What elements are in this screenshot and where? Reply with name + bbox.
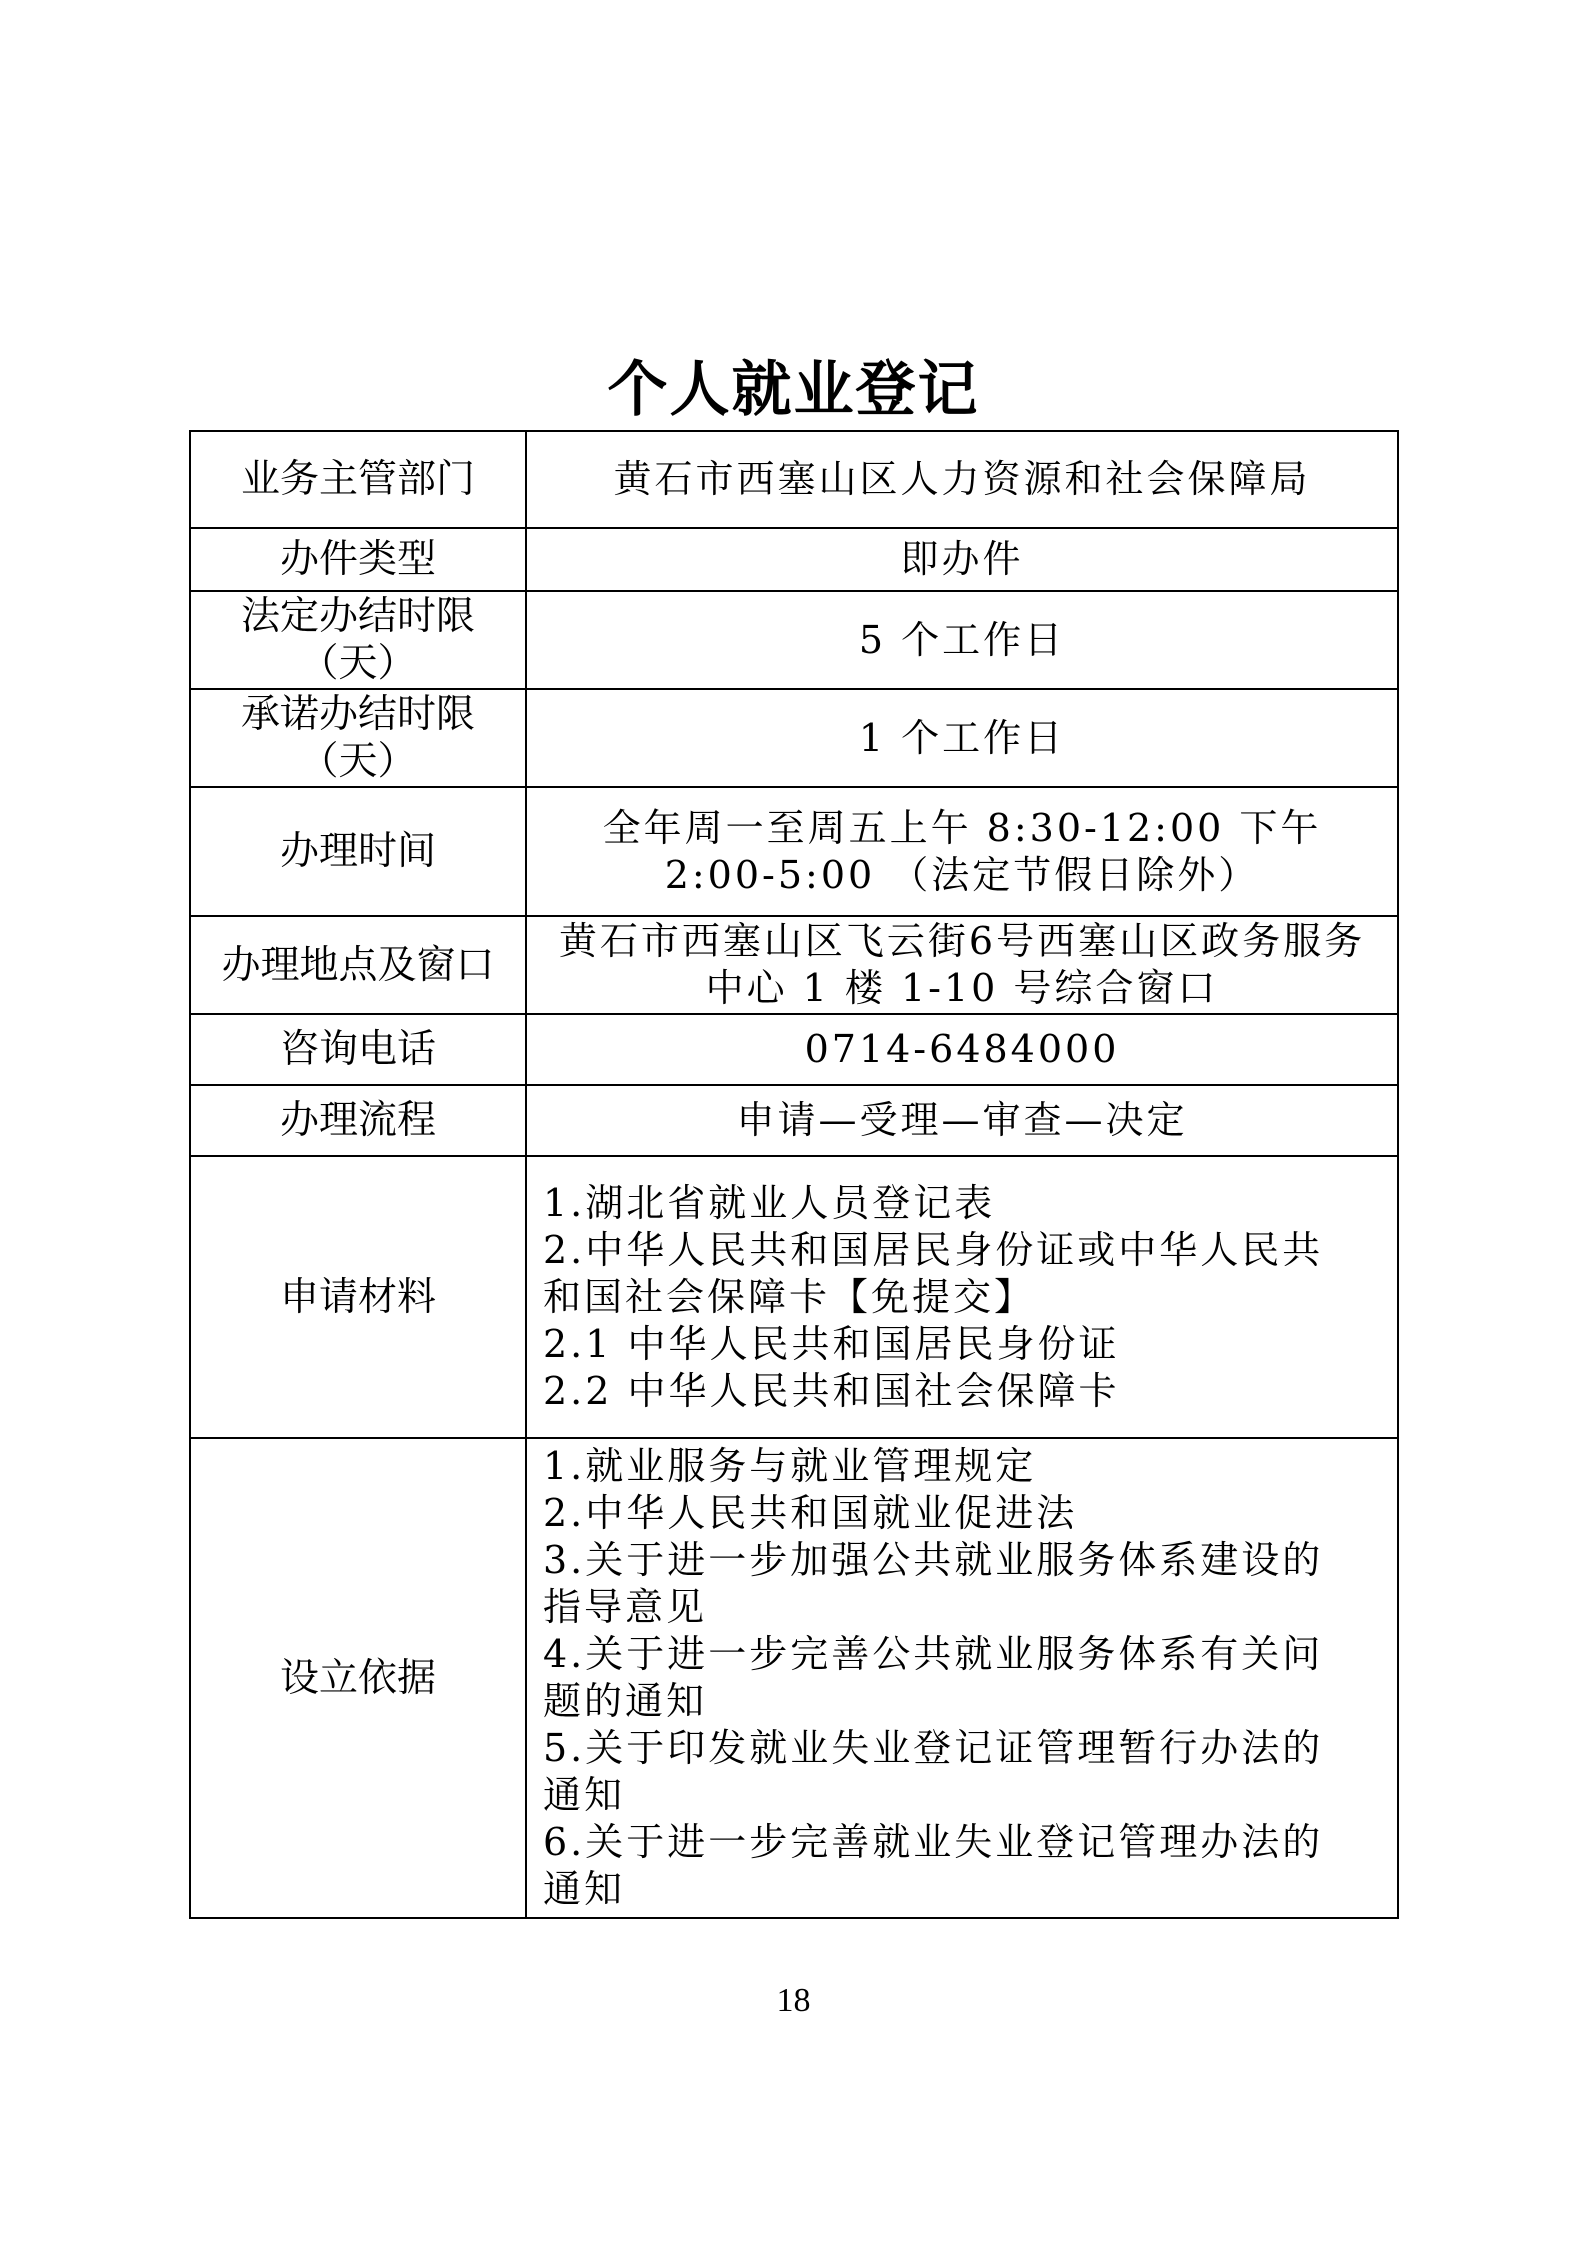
value-line: 黄石市西塞山区人力资源和社会保障局 bbox=[527, 456, 1397, 503]
basis-item: 2.中华人民共和国就业促进法 bbox=[543, 1490, 1383, 1537]
material-item: 和国社会保障卡【免提交】 bbox=[543, 1274, 1383, 1321]
row-value-legal-deadline: 5 个工作日 bbox=[526, 591, 1398, 689]
row-value-promised-deadline: 1 个工作日 bbox=[526, 689, 1398, 787]
row-value-case-type: 即办件 bbox=[526, 528, 1398, 591]
row-value-legal-basis: 1.就业服务与就业管理规定 2.中华人民共和国就业促进法 3.关于进一步加强公共… bbox=[526, 1438, 1398, 1918]
value-line: 中心 1 楼 1-10 号综合窗口 bbox=[527, 965, 1397, 1012]
value-line: 2:00-5:00 （法定节假日除外） bbox=[527, 852, 1397, 899]
basis-item: 6.关于进一步完善就业失业登记管理办法的 bbox=[543, 1819, 1383, 1866]
row-value-materials: 1.湖北省就业人员登记表 2.中华人民共和国居民身份证或中华人民共 和国社会保障… bbox=[526, 1156, 1398, 1438]
row-label-location: 办理地点及窗口 bbox=[190, 916, 526, 1014]
row-value-process: 申请—受理—审查—决定 bbox=[526, 1085, 1398, 1156]
value-line: 黄石市西塞山区飞云街6号西塞山区政务服务 bbox=[527, 918, 1397, 965]
basis-item: 5.关于印发就业失业登记证管理暂行办法的 bbox=[543, 1725, 1383, 1772]
table-row: 办理时间 全年周一至周五上午 8:30-12:00 下午 2:00-5:00 （… bbox=[190, 787, 1398, 916]
label-line: 法定办结时限 bbox=[191, 593, 525, 640]
row-label-phone: 咨询电话 bbox=[190, 1014, 526, 1085]
row-label-process: 办理流程 bbox=[190, 1085, 526, 1156]
table-row: 设立依据 1.就业服务与就业管理规定 2.中华人民共和国就业促进法 3.关于进一… bbox=[190, 1438, 1398, 1918]
basis-item: 指导意见 bbox=[543, 1584, 1383, 1631]
table-row: 承诺办结时限 （天） 1 个工作日 bbox=[190, 689, 1398, 787]
label-line: （天） bbox=[191, 640, 525, 687]
row-label-legal-basis: 设立依据 bbox=[190, 1438, 526, 1918]
service-info-table: 业务主管部门 黄石市西塞山区人力资源和社会保障局 办件类型 即办件 法定办结时限… bbox=[189, 430, 1399, 1919]
row-label-department: 业务主管部门 bbox=[190, 431, 526, 528]
row-label-case-type: 办件类型 bbox=[190, 528, 526, 591]
value-line: 1 个工作日 bbox=[527, 715, 1397, 762]
row-value-office-hours: 全年周一至周五上午 8:30-12:00 下午 2:00-5:00 （法定节假日… bbox=[526, 787, 1398, 916]
table-row: 业务主管部门 黄石市西塞山区人力资源和社会保障局 bbox=[190, 431, 1398, 528]
value-line: 即办件 bbox=[527, 536, 1397, 583]
document-title: 个人就业登记 bbox=[0, 352, 1587, 428]
table-row: 申请材料 1.湖北省就业人员登记表 2.中华人民共和国居民身份证或中华人民共 和… bbox=[190, 1156, 1398, 1438]
basis-item: 3.关于进一步加强公共就业服务体系建设的 bbox=[543, 1537, 1383, 1584]
value-line: 5 个工作日 bbox=[527, 617, 1397, 664]
material-item: 2.中华人民共和国居民身份证或中华人民共 bbox=[543, 1227, 1383, 1274]
table-row: 法定办结时限 （天） 5 个工作日 bbox=[190, 591, 1398, 689]
material-item: 2.2 中华人民共和国社会保障卡 bbox=[543, 1368, 1383, 1415]
basis-item: 通知 bbox=[543, 1866, 1383, 1913]
row-label-materials: 申请材料 bbox=[190, 1156, 526, 1438]
row-value-phone: 0714-6484000 bbox=[526, 1014, 1398, 1085]
phone-number: 0714-6484000 bbox=[527, 1026, 1397, 1073]
value-line: 申请—受理—审查—决定 bbox=[527, 1097, 1397, 1144]
table-row: 办件类型 即办件 bbox=[190, 528, 1398, 591]
basis-item: 题的通知 bbox=[543, 1678, 1383, 1725]
basis-item: 1.就业服务与就业管理规定 bbox=[543, 1443, 1383, 1490]
material-item: 2.1 中华人民共和国居民身份证 bbox=[543, 1321, 1383, 1368]
row-label-promised-deadline: 承诺办结时限 （天） bbox=[190, 689, 526, 787]
row-value-department: 黄石市西塞山区人力资源和社会保障局 bbox=[526, 431, 1398, 528]
row-value-location: 黄石市西塞山区飞云街6号西塞山区政务服务 中心 1 楼 1-10 号综合窗口 bbox=[526, 916, 1398, 1014]
table-row: 办理流程 申请—受理—审查—决定 bbox=[190, 1085, 1398, 1156]
page-number: 18 bbox=[0, 1982, 1587, 2020]
value-line: 全年周一至周五上午 8:30-12:00 下午 bbox=[527, 805, 1397, 852]
label-line: 承诺办结时限 bbox=[191, 691, 525, 738]
basis-item: 通知 bbox=[543, 1772, 1383, 1819]
row-label-office-hours: 办理时间 bbox=[190, 787, 526, 916]
label-line: （天） bbox=[191, 738, 525, 785]
table-row: 办理地点及窗口 黄石市西塞山区飞云街6号西塞山区政务服务 中心 1 楼 1-10… bbox=[190, 916, 1398, 1014]
row-label-legal-deadline: 法定办结时限 （天） bbox=[190, 591, 526, 689]
table-row: 咨询电话 0714-6484000 bbox=[190, 1014, 1398, 1085]
basis-item: 4.关于进一步完善公共就业服务体系有关问 bbox=[543, 1631, 1383, 1678]
material-item: 1.湖北省就业人员登记表 bbox=[543, 1180, 1383, 1227]
